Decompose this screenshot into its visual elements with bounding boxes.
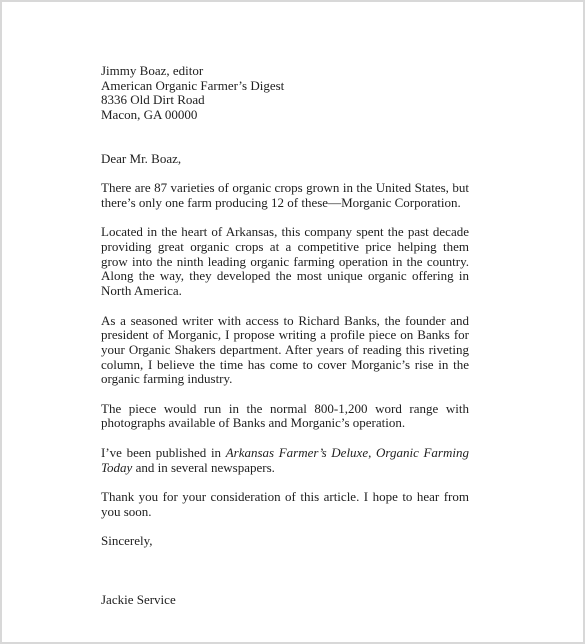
- recipient-name-line: Jimmy Boaz, editor: [101, 64, 469, 79]
- signature-name: Jackie Service: [101, 593, 469, 608]
- paragraph-text: There are 87 varieties of organic crops …: [101, 180, 469, 210]
- publication-title-italic: Arkansas Farmer’s Deluxe: [226, 445, 368, 460]
- paragraph-text: and in several newspapers.: [132, 460, 275, 475]
- letter-body: There are 87 varieties of organic crops …: [101, 181, 469, 519]
- letter-paragraph: Thank you for your consideration of this…: [101, 490, 469, 519]
- closing: Sincerely,: [101, 534, 469, 549]
- salutation: Dear Mr. Boaz,: [101, 152, 469, 167]
- paragraph-text: Located in the heart of Arkansas, this c…: [101, 224, 469, 298]
- letter-content: Jimmy Boaz, editor American Organic Farm…: [101, 64, 469, 607]
- recipient-street-line: 8336 Old Dirt Road: [101, 93, 469, 108]
- paragraph-text: Thank you for your consideration of this…: [101, 489, 469, 519]
- recipient-city-line: Macon, GA 00000: [101, 108, 469, 123]
- letter-document-viewport: Jimmy Boaz, editor American Organic Farm…: [0, 0, 585, 644]
- letter-paragraph: There are 87 varieties of organic crops …: [101, 181, 469, 210]
- recipient-organization-line: American Organic Farmer’s Digest: [101, 79, 469, 94]
- paragraph-text: As a seasoned writer with access to Rich…: [101, 313, 469, 387]
- letter-paragraph: As a seasoned writer with access to Rich…: [101, 314, 469, 388]
- paragraph-text: The piece would run in the normal 800-1,…: [101, 401, 469, 431]
- letter-paragraph: I’ve been published in Arkansas Farmer’s…: [101, 446, 469, 475]
- letter-paragraph: Located in the heart of Arkansas, this c…: [101, 225, 469, 299]
- letter-paragraph: The piece would run in the normal 800-1,…: [101, 402, 469, 431]
- recipient-address-block: Jimmy Boaz, editor American Organic Farm…: [101, 64, 469, 123]
- paragraph-text: ,: [368, 445, 376, 460]
- letter-page: Jimmy Boaz, editor American Organic Farm…: [0, 0, 585, 644]
- paragraph-text: I’ve been published in: [101, 445, 226, 460]
